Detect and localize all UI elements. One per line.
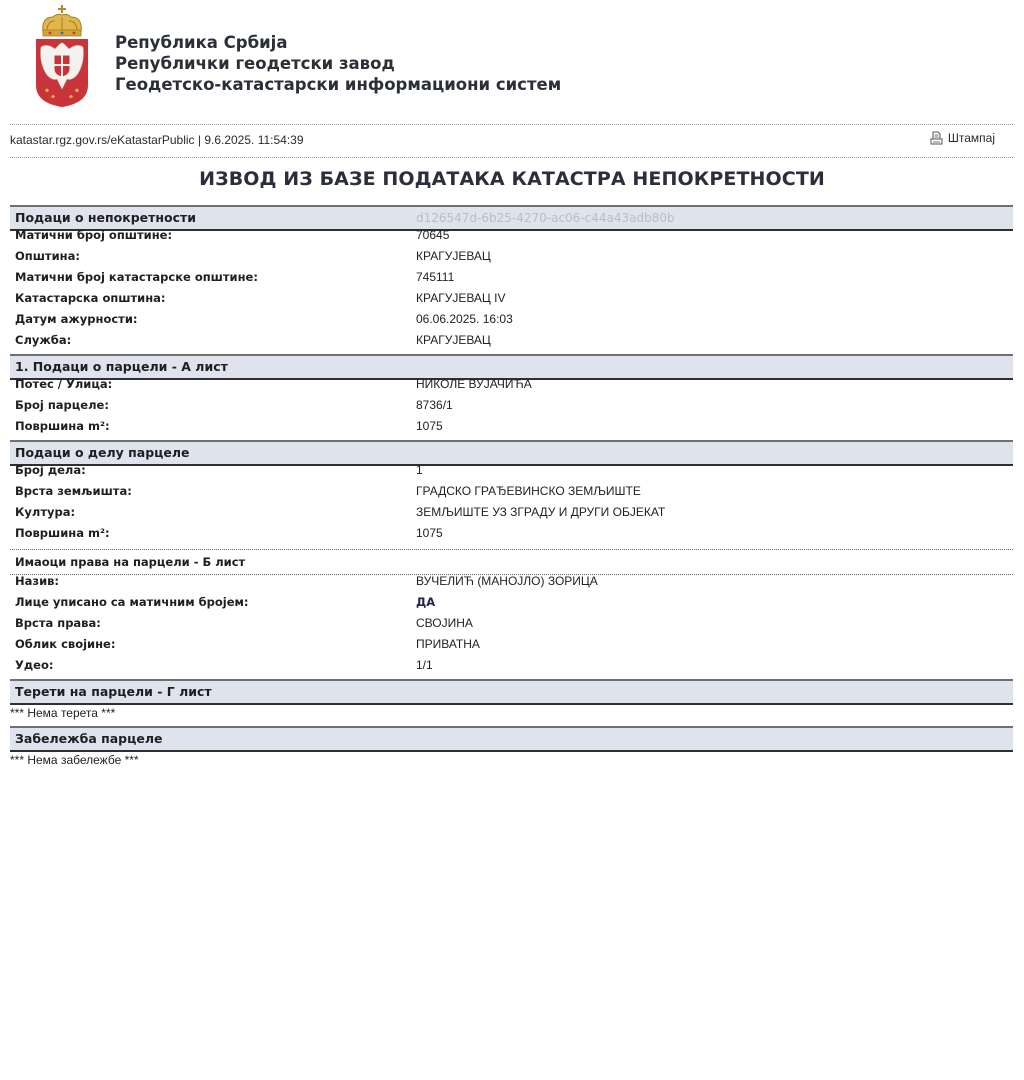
- field-label: Катастарска општина:: [15, 291, 166, 305]
- table-row: Површина m²:1075: [10, 524, 1013, 545]
- field-value: 1: [416, 463, 423, 477]
- divider: [10, 157, 1013, 158]
- org-line-institute: Републички геодетски завод: [115, 53, 561, 74]
- print-button[interactable]: Штампај: [930, 131, 995, 145]
- field-label: Служба:: [15, 333, 71, 347]
- section-title: Забележба парцеле: [15, 731, 163, 746]
- table-row: Врста земљишта:ГРАДСКО ГРАЂЕВИНСКО ЗЕМЉИ…: [10, 482, 1013, 503]
- source-and-timestamp: katastar.rgz.gov.rs/eKatastarPublic | 9.…: [10, 133, 304, 147]
- printer-icon: [930, 131, 943, 145]
- field-value: 1075: [416, 419, 443, 433]
- property-uid: d126547d-6b25-4270-ac06-c44a43adb80b: [416, 211, 675, 225]
- field-value: 70645: [416, 228, 449, 242]
- field-label: Култура:: [15, 505, 75, 519]
- section-title: 1. Подаци о парцели - А лист: [15, 359, 228, 374]
- field-value: ЗЕМЉИШТЕ УЗ ЗГРАДУ И ДРУГИ ОБЈЕКАТ: [416, 505, 665, 519]
- table-row: Датум ажурности:06.06.2025. 16:03: [10, 310, 1013, 331]
- field-label: Лице уписано са матичним бројем:: [15, 595, 249, 609]
- field-value: 8736/1: [416, 398, 453, 412]
- document-title: ИЗВОД ИЗ БАЗЕ ПОДАТАКА КАТАСТРА НЕПОКРЕТ…: [0, 168, 1024, 190]
- no-annotations-note: *** Нема забележбе ***: [10, 752, 1013, 773]
- cadastre-extract-page: Република Србија Републички геодетски за…: [0, 0, 1024, 1080]
- field-value: 06.06.2025. 16:03: [416, 312, 513, 326]
- table-row: Удео:1/1: [10, 656, 1013, 677]
- table-row: Назив:ВУЧЕЛИЋ (МАНОЈЛО) ЗОРИЦА: [10, 572, 1013, 593]
- field-value: КРАГУЈЕВАЦ IV: [416, 291, 505, 305]
- section-header-annotations: Забележба парцеле: [10, 726, 1013, 752]
- org-line-republic: Република Србија: [115, 32, 561, 53]
- field-label: Површина m²:: [15, 419, 110, 433]
- field-value: 745111: [416, 270, 454, 284]
- table-row: Потес / Улица:НИКОЛЕ ВУЈАЧИЋА: [10, 375, 1013, 396]
- field-label: Матични број катастарске општине:: [15, 270, 258, 284]
- page-header: Република Србија Републички геодетски за…: [0, 0, 1024, 118]
- field-label: Потес / Улица:: [15, 377, 112, 391]
- info-bar: katastar.rgz.gov.rs/eKatastarPublic | 9.…: [10, 131, 1013, 151]
- field-label: Назив:: [15, 574, 59, 588]
- field-label: Датум ажурности:: [15, 312, 138, 326]
- section-title: Подаци о делу парцеле: [15, 445, 190, 460]
- field-label: Број парцеле:: [15, 398, 109, 412]
- field-value: 1/1: [416, 658, 433, 672]
- coat-of-arms-logo-icon: [33, 3, 91, 109]
- field-value: ГРАДСКО ГРАЂЕВИНСКО ЗЕМЉИШТЕ: [416, 484, 641, 498]
- field-value: ВУЧЕЛИЋ (МАНОЈЛО) ЗОРИЦА: [416, 574, 598, 588]
- section-title: Имаоци права на парцели - Б лист: [15, 555, 245, 569]
- table-row: Матични број општине:70645: [10, 226, 1013, 247]
- field-label: Облик својине:: [15, 637, 115, 651]
- field-value: НИКОЛЕ ВУЈАЧИЋА: [416, 377, 532, 391]
- field-value: КРАГУЈЕВАЦ: [416, 249, 491, 263]
- field-label: Удео:: [15, 658, 53, 672]
- field-label: Врста права:: [15, 616, 101, 630]
- field-value: СВОЈИНА: [416, 616, 473, 630]
- table-row: Лице уписано са матичним бројем:ДА: [10, 593, 1013, 614]
- field-value: ДА: [416, 595, 435, 609]
- field-label: Врста земљишта:: [15, 484, 132, 498]
- section-title: Подаци о непокретности: [15, 210, 196, 225]
- divider: [10, 124, 1013, 125]
- table-row: Служба:КРАГУЈЕВАЦ: [10, 331, 1013, 352]
- field-label: Општина:: [15, 249, 80, 263]
- table-row: Катастарска општина:КРАГУЈЕВАЦ IV: [10, 289, 1013, 310]
- extract-content: Подаци о непокретности d126547d-6b25-427…: [10, 205, 1013, 773]
- table-row: Матични број катастарске општине:745111: [10, 268, 1013, 289]
- print-label: Штампај: [948, 131, 995, 145]
- field-label: Број дела:: [15, 463, 86, 477]
- org-line-system: Геодетско-катастарски информациони систе…: [115, 74, 561, 95]
- section-title: Терети на парцели - Г лист: [15, 684, 212, 699]
- field-value: 1075: [416, 526, 443, 540]
- owner-rows: Назив:ВУЧЕЛИЋ (МАНОЈЛО) ЗОРИЦА Лице упис…: [10, 572, 1013, 677]
- table-row: Општина:КРАГУЈЕВАЦ: [10, 247, 1013, 268]
- table-row: Број парцеле:8736/1: [10, 396, 1013, 417]
- field-value: ПРИВАТНА: [416, 637, 480, 651]
- parcel-rows: Потес / Улица:НИКОЛЕ ВУЈАЧИЋА Број парце…: [10, 375, 1013, 438]
- no-encumbrances-note: *** Нема терета ***: [10, 705, 1013, 726]
- field-label: Површина m²:: [15, 526, 110, 540]
- parcel-part-rows: Број дела:1 Врста земљишта:ГРАДСКО ГРАЂЕ…: [10, 461, 1013, 545]
- table-row: Култура:ЗЕМЉИШТЕ УЗ ЗГРАДУ И ДРУГИ ОБЈЕК…: [10, 503, 1013, 524]
- property-rows: Матични број општине:70645 Општина:КРАГУ…: [10, 226, 1013, 352]
- field-value: КРАГУЈЕВАЦ: [416, 333, 491, 347]
- table-row: Површина m²:1075: [10, 417, 1013, 438]
- organization-name: Република Србија Републички геодетски за…: [115, 32, 561, 95]
- field-label: Матични број општине:: [15, 228, 172, 242]
- table-row: Врста права:СВОЈИНА: [10, 614, 1013, 635]
- table-row: Број дела:1: [10, 461, 1013, 482]
- section-header-encumbrances: Терети на парцели - Г лист: [10, 679, 1013, 705]
- table-row: Облик својине:ПРИВАТНА: [10, 635, 1013, 656]
